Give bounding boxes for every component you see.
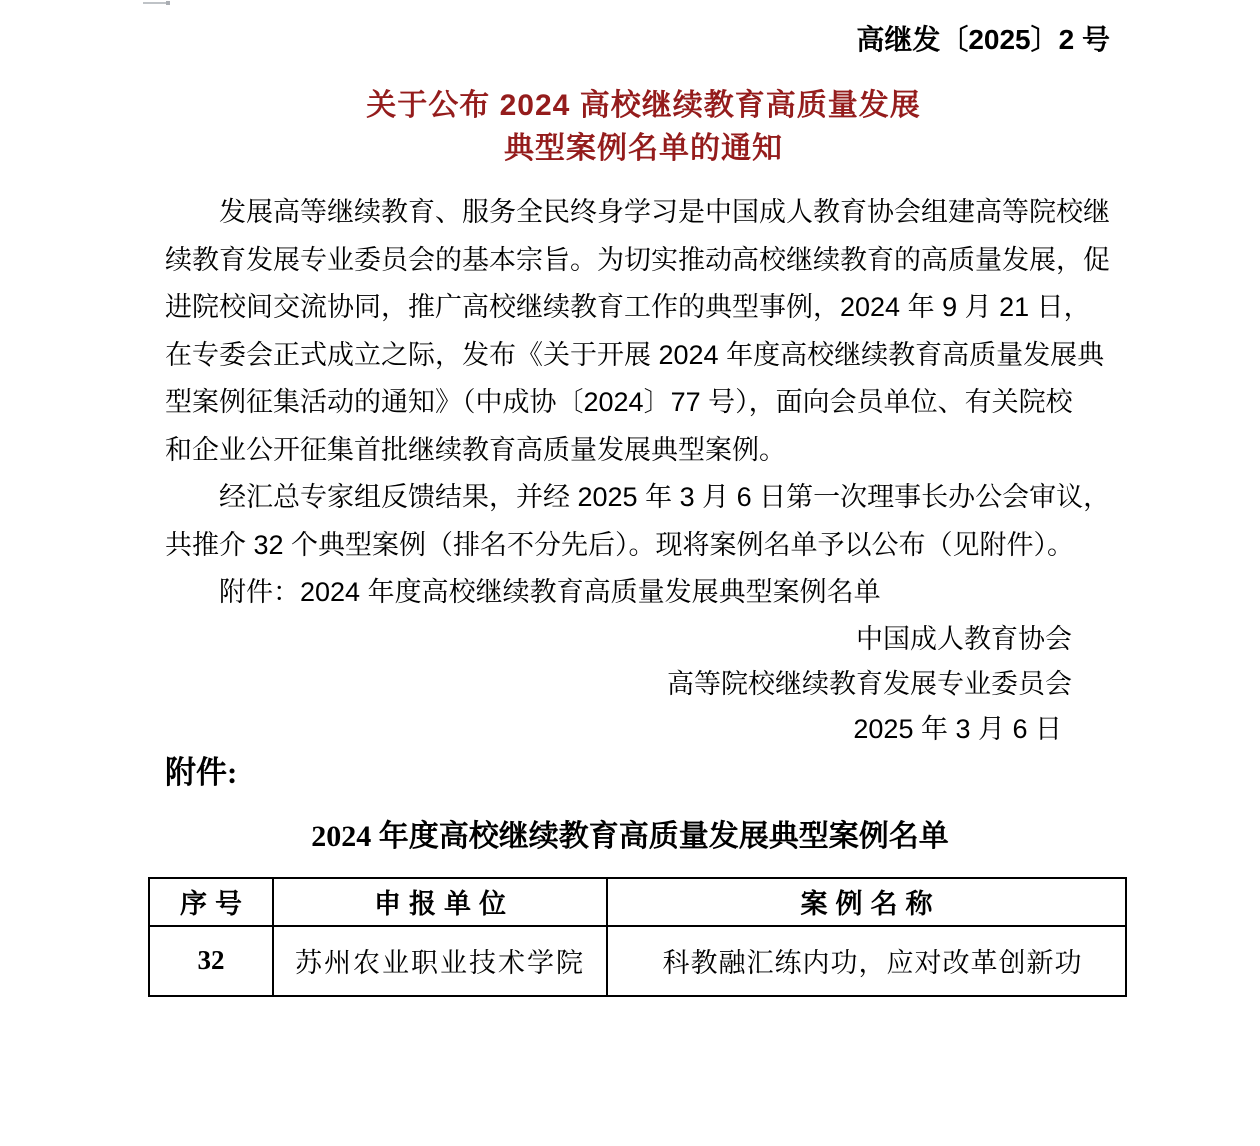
signature-org-line-2: 高等院校继续教育发展专业委员会 [165,662,1072,707]
attachment-table-title: 2024 年度高校继续教育高质量发展典型案例名单 [100,815,1160,858]
signature-block: 中国成人教育协会 高等院校继续教育发展专业委员会 2025 年 3 月 6 日 [165,617,1122,752]
paragraph-line: 进院校间交流协同，推广高校继续教育工作的典型事例，2024 年 9 月 21 日… [165,284,1122,332]
paragraph-line: 发展高等继续教育、服务全民终身学习是中国成人教育协会组建高等院校继 [165,189,1122,237]
table-header-index: 序号 [149,878,273,926]
scrollbar-artifact [143,2,169,4]
attachment-label: 附件: [165,752,1122,794]
table-row: 32 苏州农业职业技术学院 科教融汇练内功，应对改革创新功 [149,926,1126,996]
table-cell-organization: 苏州农业职业技术学院 [273,926,607,996]
document-number: 高继发〔2025〕2 号 [0,0,1260,56]
paragraph-line: 共推介 32 个典型案例（排名不分先后）。现将案例名单予以公布（见附件）。 [165,522,1122,570]
signature-org-line-1: 中国成人教育协会 [165,617,1072,662]
attachment-reference-line: 附件：2024 年度高校继续教育高质量发展典型案例名单 [165,569,1122,617]
table-header-row: 序号 申报单位 案例名称 [149,878,1126,926]
case-list-table: 序号 申报单位 案例名称 32 苏州农业职业技术学院 科教融汇练内功，应对改革创… [148,877,1127,997]
document-title: 关于公布 2024 高校继续教育高质量发展典型案例名单的通知 [165,84,1122,170]
table-cell-case-name: 科教融汇练内功，应对改革创新功 [607,926,1126,996]
document-title-line: 关于公布 2024 高校继续教育高质量发展 [165,84,1122,127]
document-body: 发展高等继续教育、服务全民终身学习是中国成人教育协会组建高等院校继续教育发展专业… [165,189,1122,794]
table-cell-index: 32 [149,926,273,996]
signature-date: 2025 年 3 月 6 日 [165,707,1072,752]
paragraph-1: 发展高等继续教育、服务全民终身学习是中国成人教育协会组建高等院校继续教育发展专业… [165,189,1122,474]
table-header-case-name: 案例名称 [607,878,1126,926]
document-page: 高继发〔2025〕2 号 关于公布 2024 高校继续教育高质量发展典型案例名单… [0,0,1260,1146]
paragraph-line: 续教育发展专业委员会的基本宗旨。为切实推动高校继续教育的高质量发展，促 [165,237,1122,285]
paragraph-line: 在专委会正式成立之际，发布《关于开展 2024 年度高校继续教育高质量发展典 [165,332,1122,380]
paragraph-line: 和企业公开征集首批继续教育高质量发展典型案例。 [165,427,1122,475]
table-header-organization: 申报单位 [273,878,607,926]
document-title-line: 典型案例名单的通知 [165,127,1122,170]
paragraph-line: 型案例征集活动的通知》（中成协〔2024〕77 号），面向会员单位、有关院校 [165,379,1122,427]
paragraph-2: 经汇总专家组反馈结果，并经 2025 年 3 月 6 日第一次理事长办公会审议，… [165,474,1122,569]
paragraph-line: 经汇总专家组反馈结果，并经 2025 年 3 月 6 日第一次理事长办公会审议， [165,474,1122,522]
